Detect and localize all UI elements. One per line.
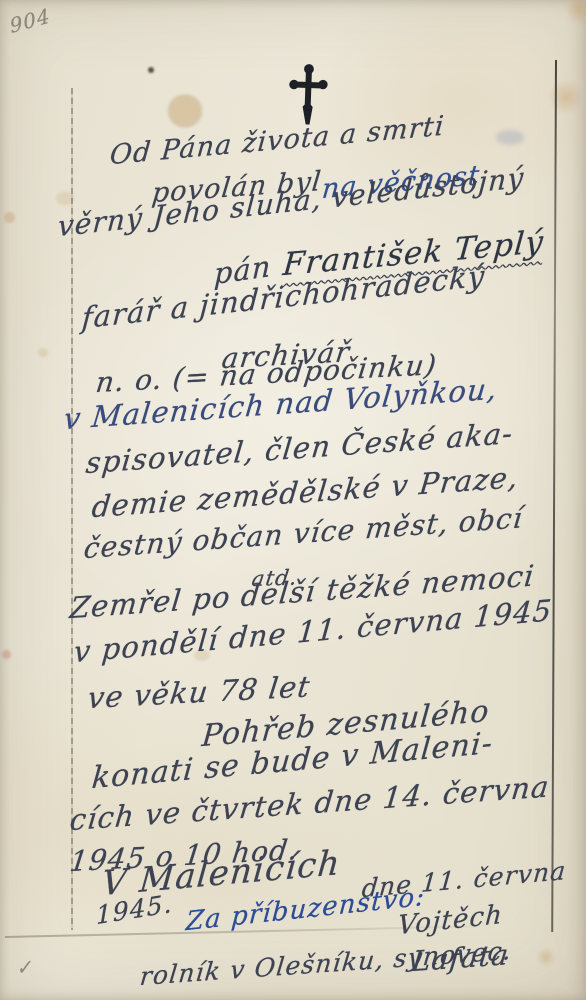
handwritten-line: Od Pána života a smrti <box>109 111 446 172</box>
page-number: 904 <box>8 3 52 38</box>
check-mark: ✓ <box>14 956 34 980</box>
stain <box>566 0 586 24</box>
stain <box>166 94 204 128</box>
stain <box>38 348 48 357</box>
stain <box>4 212 15 223</box>
stain <box>148 67 154 73</box>
scanned-obituary-page: 904 Od Pána života a smrti povolán byl n… <box>0 0 586 1000</box>
stain <box>2 650 11 659</box>
handwritten-line: ve věku 78 let <box>86 669 313 715</box>
stain <box>496 130 524 145</box>
stain <box>536 948 556 966</box>
handwritten-line: rolník v Olešníku, synovec. <box>138 936 513 991</box>
frame-line-right <box>551 60 557 932</box>
